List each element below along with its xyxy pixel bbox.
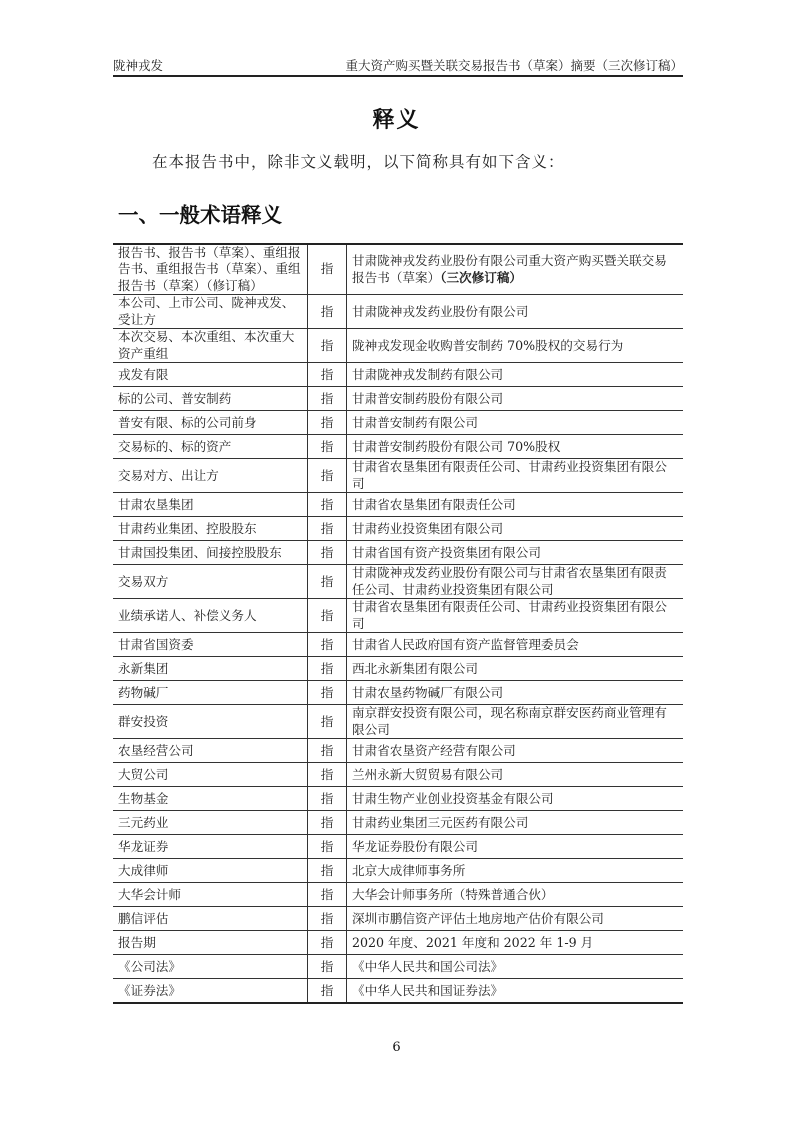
definition-text: 南京群安投资有限公司，现名称南京群安医药商业管理有限公司: [352, 705, 667, 736]
refers-to-cell: 指: [308, 811, 347, 835]
term-cell: 甘肃农垦集团: [113, 493, 308, 517]
definition-cell: 北京大成律师事务所: [347, 859, 684, 883]
definition-text: 甘肃陇神戎发药业股份有限公司: [352, 304, 528, 319]
table-row: 大成律师指北京大成律师事务所: [113, 859, 683, 883]
definition-text: 甘肃普安制药股份有限公司 70%股权: [352, 439, 560, 454]
term-cell: 甘肃省国资委: [113, 633, 308, 657]
refers-to-cell: 指: [308, 979, 347, 1004]
definition-text: 甘肃省农垦资产经营有限公司: [352, 743, 516, 758]
table-row: 本公司、上市公司、陇神戎发、受让方指甘肃陇神戎发药业股份有限公司: [113, 295, 683, 329]
definition-text: 《中华人民共和国公司法》: [352, 959, 503, 974]
term-cell: 本公司、上市公司、陇神戎发、受让方: [113, 295, 308, 329]
table-row: 鹏信评估指深圳市鹏信资产评估土地房地产估价有限公司: [113, 907, 683, 931]
table-row: 业绩承诺人、补偿义务人指甘肃省农垦集团有限责任公司、甘肃药业投资集团有限公司: [113, 599, 683, 633]
term-cell: 甘肃药业集团、控股股东: [113, 517, 308, 541]
term-cell: 交易双方: [113, 565, 308, 599]
definition-cell: 《中华人民共和国证券法》: [347, 979, 684, 1004]
table-row: 交易对方、出让方指甘肃省农垦集团有限责任公司、甘肃药业投资集团有限公司: [113, 459, 683, 493]
refers-to-cell: 指: [308, 459, 347, 493]
definition-text: 深圳市鹏信资产评估土地房地产估价有限公司: [352, 911, 604, 926]
term-cell: 农垦经营公司: [113, 739, 308, 763]
definition-cell: 甘肃药业投资集团有限公司: [347, 517, 684, 541]
refers-to-cell: 指: [308, 657, 347, 681]
definition-cell: 甘肃普安制药股份有限公司 70%股权: [347, 435, 684, 459]
refers-to-cell: 指: [308, 883, 347, 907]
term-cell: 甘肃国投集团、间接控股股东: [113, 541, 308, 565]
refers-to-cell: 指: [308, 493, 347, 517]
definition-text: 陇神戎发现金收购普安制药 70%股权的交易行为: [352, 338, 623, 353]
refers-to-cell: 指: [308, 705, 347, 739]
term-cell: 交易对方、出让方: [113, 459, 308, 493]
definition-text: 甘肃农垦药物碱厂有限公司: [352, 685, 503, 700]
definition-cell: 甘肃药业集团三元医药有限公司: [347, 811, 684, 835]
term-cell: 业绩承诺人、补偿义务人: [113, 599, 308, 633]
definition-text: 西北永新集团有限公司: [352, 661, 478, 676]
definition-cell: 甘肃省人民政府国有资产监督管理委员会: [347, 633, 684, 657]
definition-cell: 陇神戎发现金收购普安制药 70%股权的交易行为: [347, 329, 684, 363]
refers-to-cell: 指: [308, 739, 347, 763]
definition-cell: 甘肃普安制药有限公司: [347, 411, 684, 435]
refers-to-cell: 指: [308, 955, 347, 979]
definition-cell: 甘肃省农垦集团有限责任公司、甘肃药业投资集团有限公司: [347, 599, 684, 633]
term-cell: 戎发有限: [113, 363, 308, 387]
refers-to-cell: 指: [308, 565, 347, 599]
definition-cell: 大华会计师事务所（特殊普通合伙）: [347, 883, 684, 907]
term-cell: 鹏信评估: [113, 907, 308, 931]
definition-cell: 2020 年度、2021 年度和 2022 年 1-9 月: [347, 931, 684, 955]
definitions-table: 报告书、报告书（草案）、重组报告书、重组报告书（草案）、重组报告书（草案）（修订…: [113, 243, 683, 1004]
definition-text: 北京大成律师事务所: [352, 863, 465, 878]
definition-cell: 甘肃陇神戎发药业股份有限公司: [347, 295, 684, 329]
table-row: 永新集团指西北永新集团有限公司: [113, 657, 683, 681]
definition-cell: 兰州永新大贸贸易有限公司: [347, 763, 684, 787]
table-row: 三元药业指甘肃药业集团三元医药有限公司: [113, 811, 683, 835]
definition-cell: 甘肃普安制药股份有限公司: [347, 387, 684, 411]
definition-text: 甘肃省农垦集团有限责任公司: [352, 497, 516, 512]
refers-to-cell: 指: [308, 244, 347, 295]
intro-text: 在本报告书中，除非文义载明，以下简称具有如下含义：: [152, 150, 565, 172]
definition-cell: 《中华人民共和国公司法》: [347, 955, 684, 979]
table-row: 戎发有限指甘肃陇神戎发制药有限公司: [113, 363, 683, 387]
definition-text: 2020 年度、2021 年度和 2022 年 1-9 月: [352, 935, 593, 950]
definition-cell: 甘肃生物产业创业投资基金有限公司: [347, 787, 684, 811]
term-cell: 《证券法》: [113, 979, 308, 1004]
header-document-title: 重大资产购买暨关联交易报告书（草案）摘要（三次修订稿）: [345, 56, 683, 74]
table-row: 《证券法》指《中华人民共和国证券法》: [113, 979, 683, 1004]
definition-cell: 甘肃陇神戎发药业股份有限公司与甘肃省农垦集团有限责任公司、甘肃药业投资集团有限公…: [347, 565, 684, 599]
term-cell: 《公司法》: [113, 955, 308, 979]
definition-text: 甘肃省国有资产投资集团有限公司: [352, 545, 541, 560]
definition-text: 甘肃药业集团三元医药有限公司: [352, 815, 528, 830]
table-row: 报告书、报告书（草案）、重组报告书、重组报告书（草案）、重组报告书（草案）（修订…: [113, 244, 683, 295]
page-header: 陇神戎发 重大资产购买暨关联交易报告书（草案）摘要（三次修订稿）: [113, 56, 683, 74]
refers-to-cell: 指: [308, 763, 347, 787]
table-row: 报告期指2020 年度、2021 年度和 2022 年 1-9 月: [113, 931, 683, 955]
definition-cell: 甘肃省农垦集团有限责任公司: [347, 493, 684, 517]
table-row: 普安有限、标的公司前身指甘肃普安制药有限公司: [113, 411, 683, 435]
definition-text: 华龙证券股份有限公司: [352, 839, 478, 854]
term-cell: 标的公司、普安制药: [113, 387, 308, 411]
table-row: 甘肃药业集团、控股股东指甘肃药业投资集团有限公司: [113, 517, 683, 541]
term-cell: 生物基金: [113, 787, 308, 811]
definition-cell: 深圳市鹏信资产评估土地房地产估价有限公司: [347, 907, 684, 931]
table-row: 本次交易、本次重组、本次重大资产重组指陇神戎发现金收购普安制药 70%股权的交易…: [113, 329, 683, 363]
table-row: 交易双方指甘肃陇神戎发药业股份有限公司与甘肃省农垦集团有限责任公司、甘肃药业投资…: [113, 565, 683, 599]
table-row: 甘肃国投集团、间接控股股东指甘肃省国有资产投资集团有限公司: [113, 541, 683, 565]
definition-cell: 西北永新集团有限公司: [347, 657, 684, 681]
term-cell: 群安投资: [113, 705, 308, 739]
refers-to-cell: 指: [308, 387, 347, 411]
definition-text: 甘肃生物产业创业投资基金有限公司: [352, 791, 554, 806]
term-cell: 大成律师: [113, 859, 308, 883]
term-cell: 大贸公司: [113, 763, 308, 787]
term-cell: 华龙证券: [113, 835, 308, 859]
refers-to-cell: 指: [308, 363, 347, 387]
definition-cell: 甘肃陇神戎发药业股份有限公司重大资产购买暨关联交易报告书（草案）（三次修订稿）: [347, 244, 684, 295]
definition-cell: 甘肃省农垦资产经营有限公司: [347, 739, 684, 763]
definition-cell: 甘肃省农垦集团有限责任公司、甘肃药业投资集团有限公司: [347, 459, 684, 493]
refers-to-cell: 指: [308, 633, 347, 657]
definition-text: 甘肃省农垦集团有限责任公司、甘肃药业投资集团有限公司: [352, 459, 667, 490]
refers-to-cell: 指: [308, 435, 347, 459]
definition-cell: 甘肃陇神戎发制药有限公司: [347, 363, 684, 387]
refers-to-cell: 指: [308, 295, 347, 329]
revision-mark: （三次修订稿）: [440, 270, 522, 285]
term-cell: 本次交易、本次重组、本次重大资产重组: [113, 329, 308, 363]
refers-to-cell: 指: [308, 681, 347, 705]
term-cell: 报告书、报告书（草案）、重组报告书、重组报告书（草案）、重组报告书（草案）（修订…: [113, 244, 308, 295]
table-row: 标的公司、普安制药指甘肃普安制药股份有限公司: [113, 387, 683, 411]
table-row: 交易标的、标的资产指甘肃普安制药股份有限公司 70%股权: [113, 435, 683, 459]
definition-text: 甘肃普安制药有限公司: [352, 415, 478, 430]
refers-to-cell: 指: [308, 835, 347, 859]
definition-text: 甘肃省农垦集团有限责任公司、甘肃药业投资集团有限公司: [352, 599, 667, 630]
term-cell: 报告期: [113, 931, 308, 955]
table-row: 群安投资指南京群安投资有限公司，现名称南京群安医药商业管理有限公司: [113, 705, 683, 739]
term-cell: 药物碱厂: [113, 681, 308, 705]
table-row: 生物基金指甘肃生物产业创业投资基金有限公司: [113, 787, 683, 811]
refers-to-cell: 指: [308, 859, 347, 883]
refers-to-cell: 指: [308, 517, 347, 541]
definition-text: 甘肃陇神戎发药业股份有限公司与甘肃省农垦集团有限责任公司、甘肃药业投资集团有限公…: [352, 565, 667, 596]
definition-text: 甘肃省人民政府国有资产监督管理委员会: [352, 637, 579, 652]
table-row: 大贸公司指兰州永新大贸贸易有限公司: [113, 763, 683, 787]
definition-cell: 南京群安投资有限公司，现名称南京群安医药商业管理有限公司: [347, 705, 684, 739]
term-cell: 永新集团: [113, 657, 308, 681]
refers-to-cell: 指: [308, 411, 347, 435]
definition-cell: 甘肃农垦药物碱厂有限公司: [347, 681, 684, 705]
header-company: 陇神戎发: [113, 56, 163, 74]
definition-cell: 甘肃省国有资产投资集团有限公司: [347, 541, 684, 565]
definition-text: 甘肃陇神戎发制药有限公司: [352, 367, 503, 382]
definition-text: 大华会计师事务所（特殊普通合伙）: [352, 887, 554, 902]
refers-to-cell: 指: [308, 907, 347, 931]
definition-text: 甘肃药业投资集团有限公司: [352, 521, 503, 536]
refers-to-cell: 指: [308, 931, 347, 955]
refers-to-cell: 指: [308, 541, 347, 565]
table-row: 《公司法》指《中华人民共和国公司法》: [113, 955, 683, 979]
table-row: 农垦经营公司指甘肃省农垦资产经营有限公司: [113, 739, 683, 763]
refers-to-cell: 指: [308, 787, 347, 811]
table-row: 华龙证券指华龙证券股份有限公司: [113, 835, 683, 859]
term-cell: 普安有限、标的公司前身: [113, 411, 308, 435]
term-cell: 三元药业: [113, 811, 308, 835]
header-rule: [113, 75, 683, 77]
definition-text: 甘肃普安制药股份有限公司: [352, 391, 503, 406]
refers-to-cell: 指: [308, 329, 347, 363]
section-title: 一、一般术语释义: [118, 198, 282, 228]
definition-cell: 华龙证券股份有限公司: [347, 835, 684, 859]
term-cell: 大华会计师: [113, 883, 308, 907]
table-row: 大华会计师指大华会计师事务所（特殊普通合伙）: [113, 883, 683, 907]
definition-text: 兰州永新大贸贸易有限公司: [352, 767, 503, 782]
page-number: 6: [0, 1040, 793, 1055]
page-title: 释义: [0, 103, 793, 134]
table-row: 药物碱厂指甘肃农垦药物碱厂有限公司: [113, 681, 683, 705]
refers-to-cell: 指: [308, 599, 347, 633]
term-cell: 交易标的、标的资产: [113, 435, 308, 459]
table-row: 甘肃省国资委指甘肃省人民政府国有资产监督管理委员会: [113, 633, 683, 657]
definition-text: 《中华人民共和国证券法》: [352, 983, 503, 998]
table-row: 甘肃农垦集团指甘肃省农垦集团有限责任公司: [113, 493, 683, 517]
